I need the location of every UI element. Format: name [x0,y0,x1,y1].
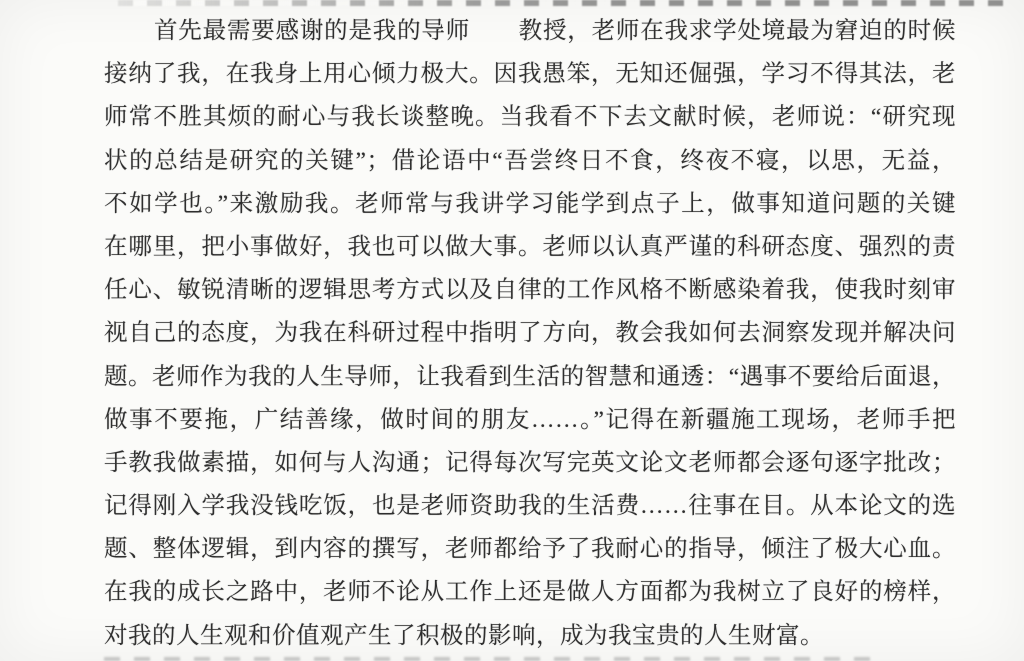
text-line: 任心、敏锐清晰的逻辑思考方式以及自律的工作风格不断感染着我，使我时刻审 [104,269,956,312]
text-line: 状的总结是研究的关键”；借论语中“吾尝终日不食，终夜不寝，以思，无益， [104,140,956,183]
text-line: 视自己的态度，为我在科研过程中指明了方向，教会我如何去洞察发现并解决问 [104,312,956,355]
text-line: 手教我做素描，如何与人沟通；记得每次写完英文论文老师都会逐句逐字批改； [104,442,956,485]
cut-off-text-bottom [104,657,874,661]
text-line: 题、整体逻辑，到内容的撰写，老师都给予了我耐心的指导，倾注了极大心血。 [104,528,956,571]
scanned-document-page: 首先最需要感谢的是我的导师 教授，老师在我求学处境最为窘迫的时候 接纳了我，在我… [0,0,1024,661]
text-line: 做事不要拖，广结善缘，做时间的朋友……。”记得在新疆施工现场，老师手把 [104,399,956,442]
cut-off-text-top [118,0,1014,6]
text-line: 在我的成长之路中，老师不论从工作上还是做人方面都为我树立了良好的榜样， [104,571,956,614]
text-line: 题。老师作为我的人生导师，让我看到生活的智慧和通透：“遇事不要给后面退， [104,356,956,399]
text-line: 记得刚入学我没钱吃饭，也是老师资助我的生活费……往事在目。从本论文的选 [104,485,956,528]
text-line: 首先最需要感谢的是我的导师 教授，老师在我求学处境最为窘迫的时候 [104,10,956,53]
text-line: 不如学也。”来激励我。老师常与我讲学习能学到点子上，做事知道问题的关键 [104,183,956,226]
text-line: 在哪里，把小事做好，我也可以做大事。老师以认真严谨的科研态度、强烈的责 [104,226,956,269]
text-line: 师常不胜其烦的耐心与我长谈整晚。当我看不下去文献时候，老师说：“研究现 [104,96,956,139]
text-line: 接纳了我，在我身上用心倾力极大。因我愚笨，无知还倔强，学习不得其法，老 [104,53,956,96]
acknowledgement-paragraph: 首先最需要感谢的是我的导师 教授，老师在我求学处境最为窘迫的时候 接纳了我，在我… [104,10,956,658]
text-line: 对我的人生观和价值观产生了积极的影响，成为我宝贵的人生财富。 [104,615,956,658]
